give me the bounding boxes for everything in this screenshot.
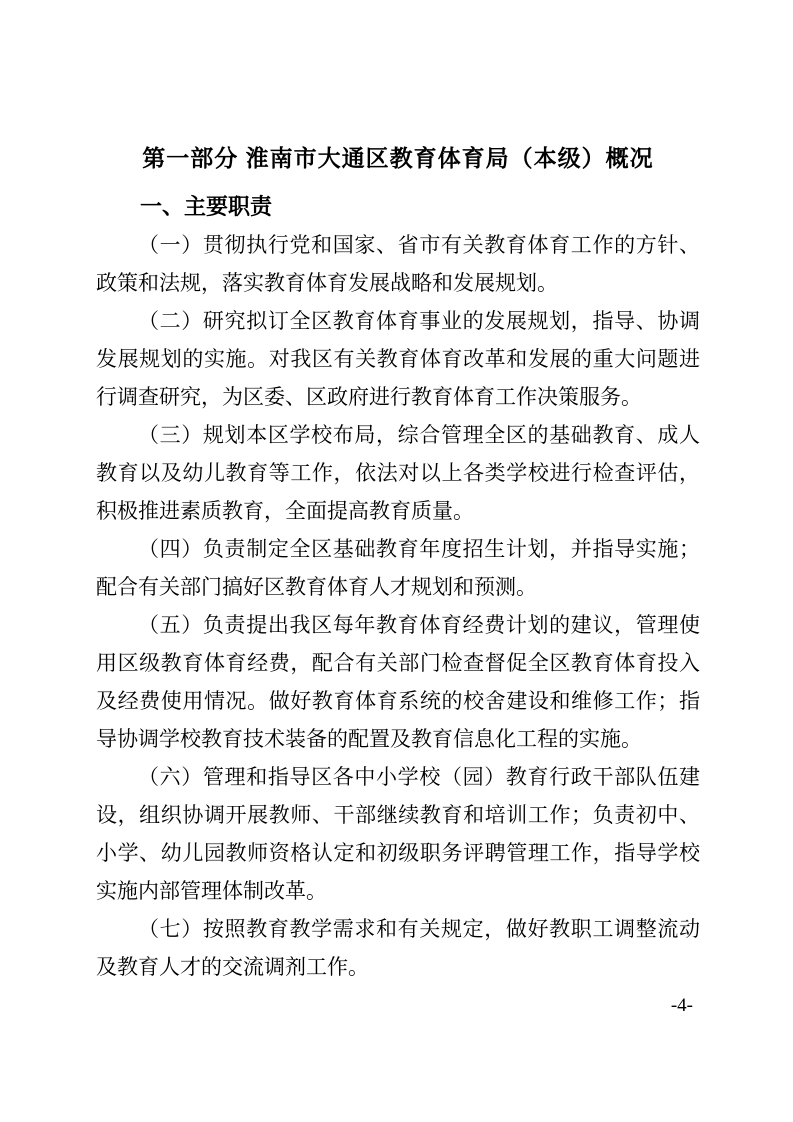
section-heading: 一、主要职责 — [96, 193, 700, 221]
document-content: 第一部分 淮南市大通区教育体育局（本级）概况 一、主要职责 （一）贯彻执行党和国… — [96, 0, 700, 1018]
body-text: （一）贯彻执行党和国家、省市有关教育体育工作的方针、政策和法规，落实教育体育发展… — [96, 226, 700, 986]
page-number: -4- — [96, 994, 693, 1018]
paragraph: （五）负责提出我区每年教育体育经费计划的建议，管理使用区级教育体育经费，配合有关… — [96, 606, 700, 758]
document-page: 第一部分 淮南市大通区教育体育局（本级）概况 一、主要职责 （一）贯彻执行党和国… — [0, 0, 793, 1122]
paragraph: （七）按照教育教学需求和有关规定，做好教职工调整流动及教育人才的交流调剂工作。 — [96, 910, 700, 986]
paragraph: （四）负责制定全区基础教育年度招生计划，并指导实施；配合有关部门搞好区教育体育人… — [96, 530, 700, 606]
paragraph: （二）研究拟订全区教育体育事业的发展规划，指导、协调发展规划的实施。对我区有关教… — [96, 302, 700, 416]
page-title: 第一部分 淮南市大通区教育体育局（本级）概况 — [96, 144, 700, 172]
paragraph: （一）贯彻执行党和国家、省市有关教育体育工作的方针、政策和法规，落实教育体育发展… — [96, 226, 700, 302]
paragraph: （六）管理和指导区各中小学校（园）教育行政干部队伍建设，组织协调开展教师、干部继… — [96, 758, 700, 910]
paragraph: （三）规划本区学校布局，综合管理全区的基础教育、成人教育以及幼儿教育等工作，依法… — [96, 416, 700, 530]
